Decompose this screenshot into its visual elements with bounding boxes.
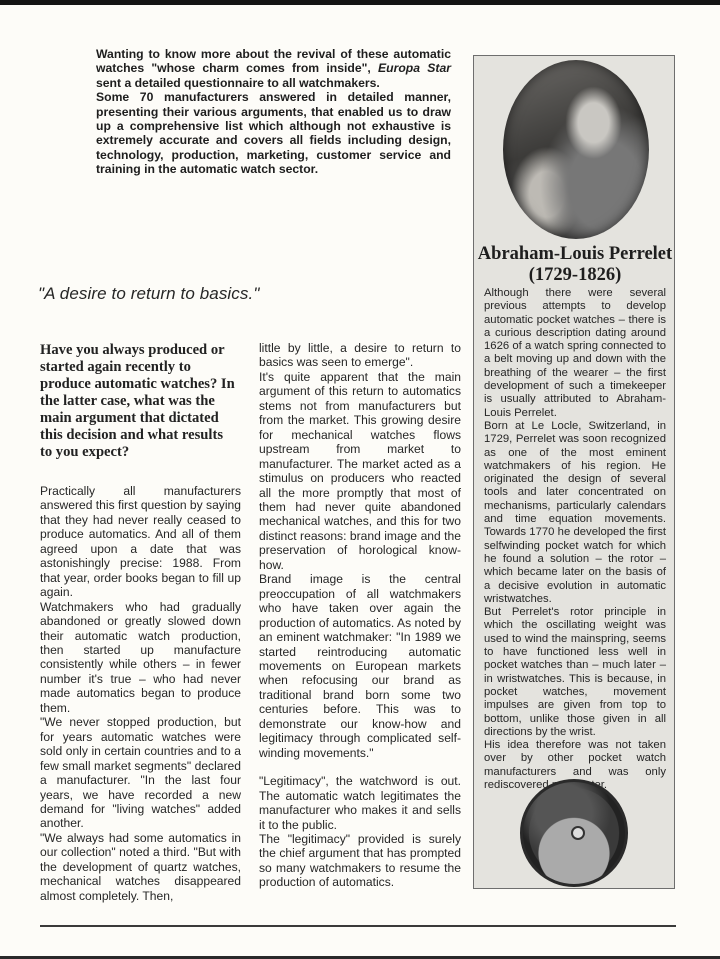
article-column-2: little by little, a desire to return to … (259, 341, 461, 890)
paragraph: Brand image is the central preoccupation… (259, 572, 461, 760)
paragraph: "Legitimacy", the watchword is out. The … (259, 774, 461, 832)
paragraph: It's quite apparent that the main argume… (259, 370, 461, 572)
intro-block: Wanting to know more about the revival o… (96, 47, 451, 177)
footer-rule (40, 925, 676, 927)
paragraph: The "legitimacy" provided is surely the … (259, 832, 461, 890)
intro-paragraph-1: Wanting to know more about the revival o… (96, 47, 451, 90)
question-heading: Have you always produced or started agai… (40, 342, 236, 461)
intro-text: sent a detailed questionnaire to all wat… (96, 76, 380, 90)
paragraph: But Perrelet's rotor principle in which … (484, 606, 666, 739)
portrait-image (503, 60, 649, 239)
publication-name: Europa Star (378, 61, 451, 75)
paragraph: Practically all manufacturers answered t… (40, 484, 241, 600)
pull-quote: "A desire to return to basics." (38, 284, 438, 304)
sidebar-title: Abraham-Louis Perrelet (1729-1826) (474, 244, 676, 286)
paragraph: Born at Le Locle, Switzerland, in 1729, … (484, 420, 666, 606)
biography-sidebar: Abraham-Louis Perrelet (1729-1826) Altho… (473, 55, 675, 889)
top-edge-bar (0, 0, 720, 5)
paragraph-gap (259, 760, 461, 774)
article-column-1: Practically all manufacturers answered t… (40, 484, 241, 903)
paragraph: "We always had some automatics in our co… (40, 831, 241, 903)
paragraph: Watchmakers who had gradually abandoned … (40, 600, 241, 716)
paragraph: Although there were several previous att… (484, 287, 666, 420)
rotor-hub (571, 826, 585, 840)
watch-movement-image (520, 779, 628, 887)
paragraph: "We never stopped production, but for ye… (40, 715, 241, 831)
sidebar-body: Although there were several previous att… (484, 287, 666, 792)
paragraph: little by little, a desire to return to … (259, 341, 461, 370)
intro-paragraph-2: Some 70 manufacturers answered in detail… (96, 90, 451, 176)
